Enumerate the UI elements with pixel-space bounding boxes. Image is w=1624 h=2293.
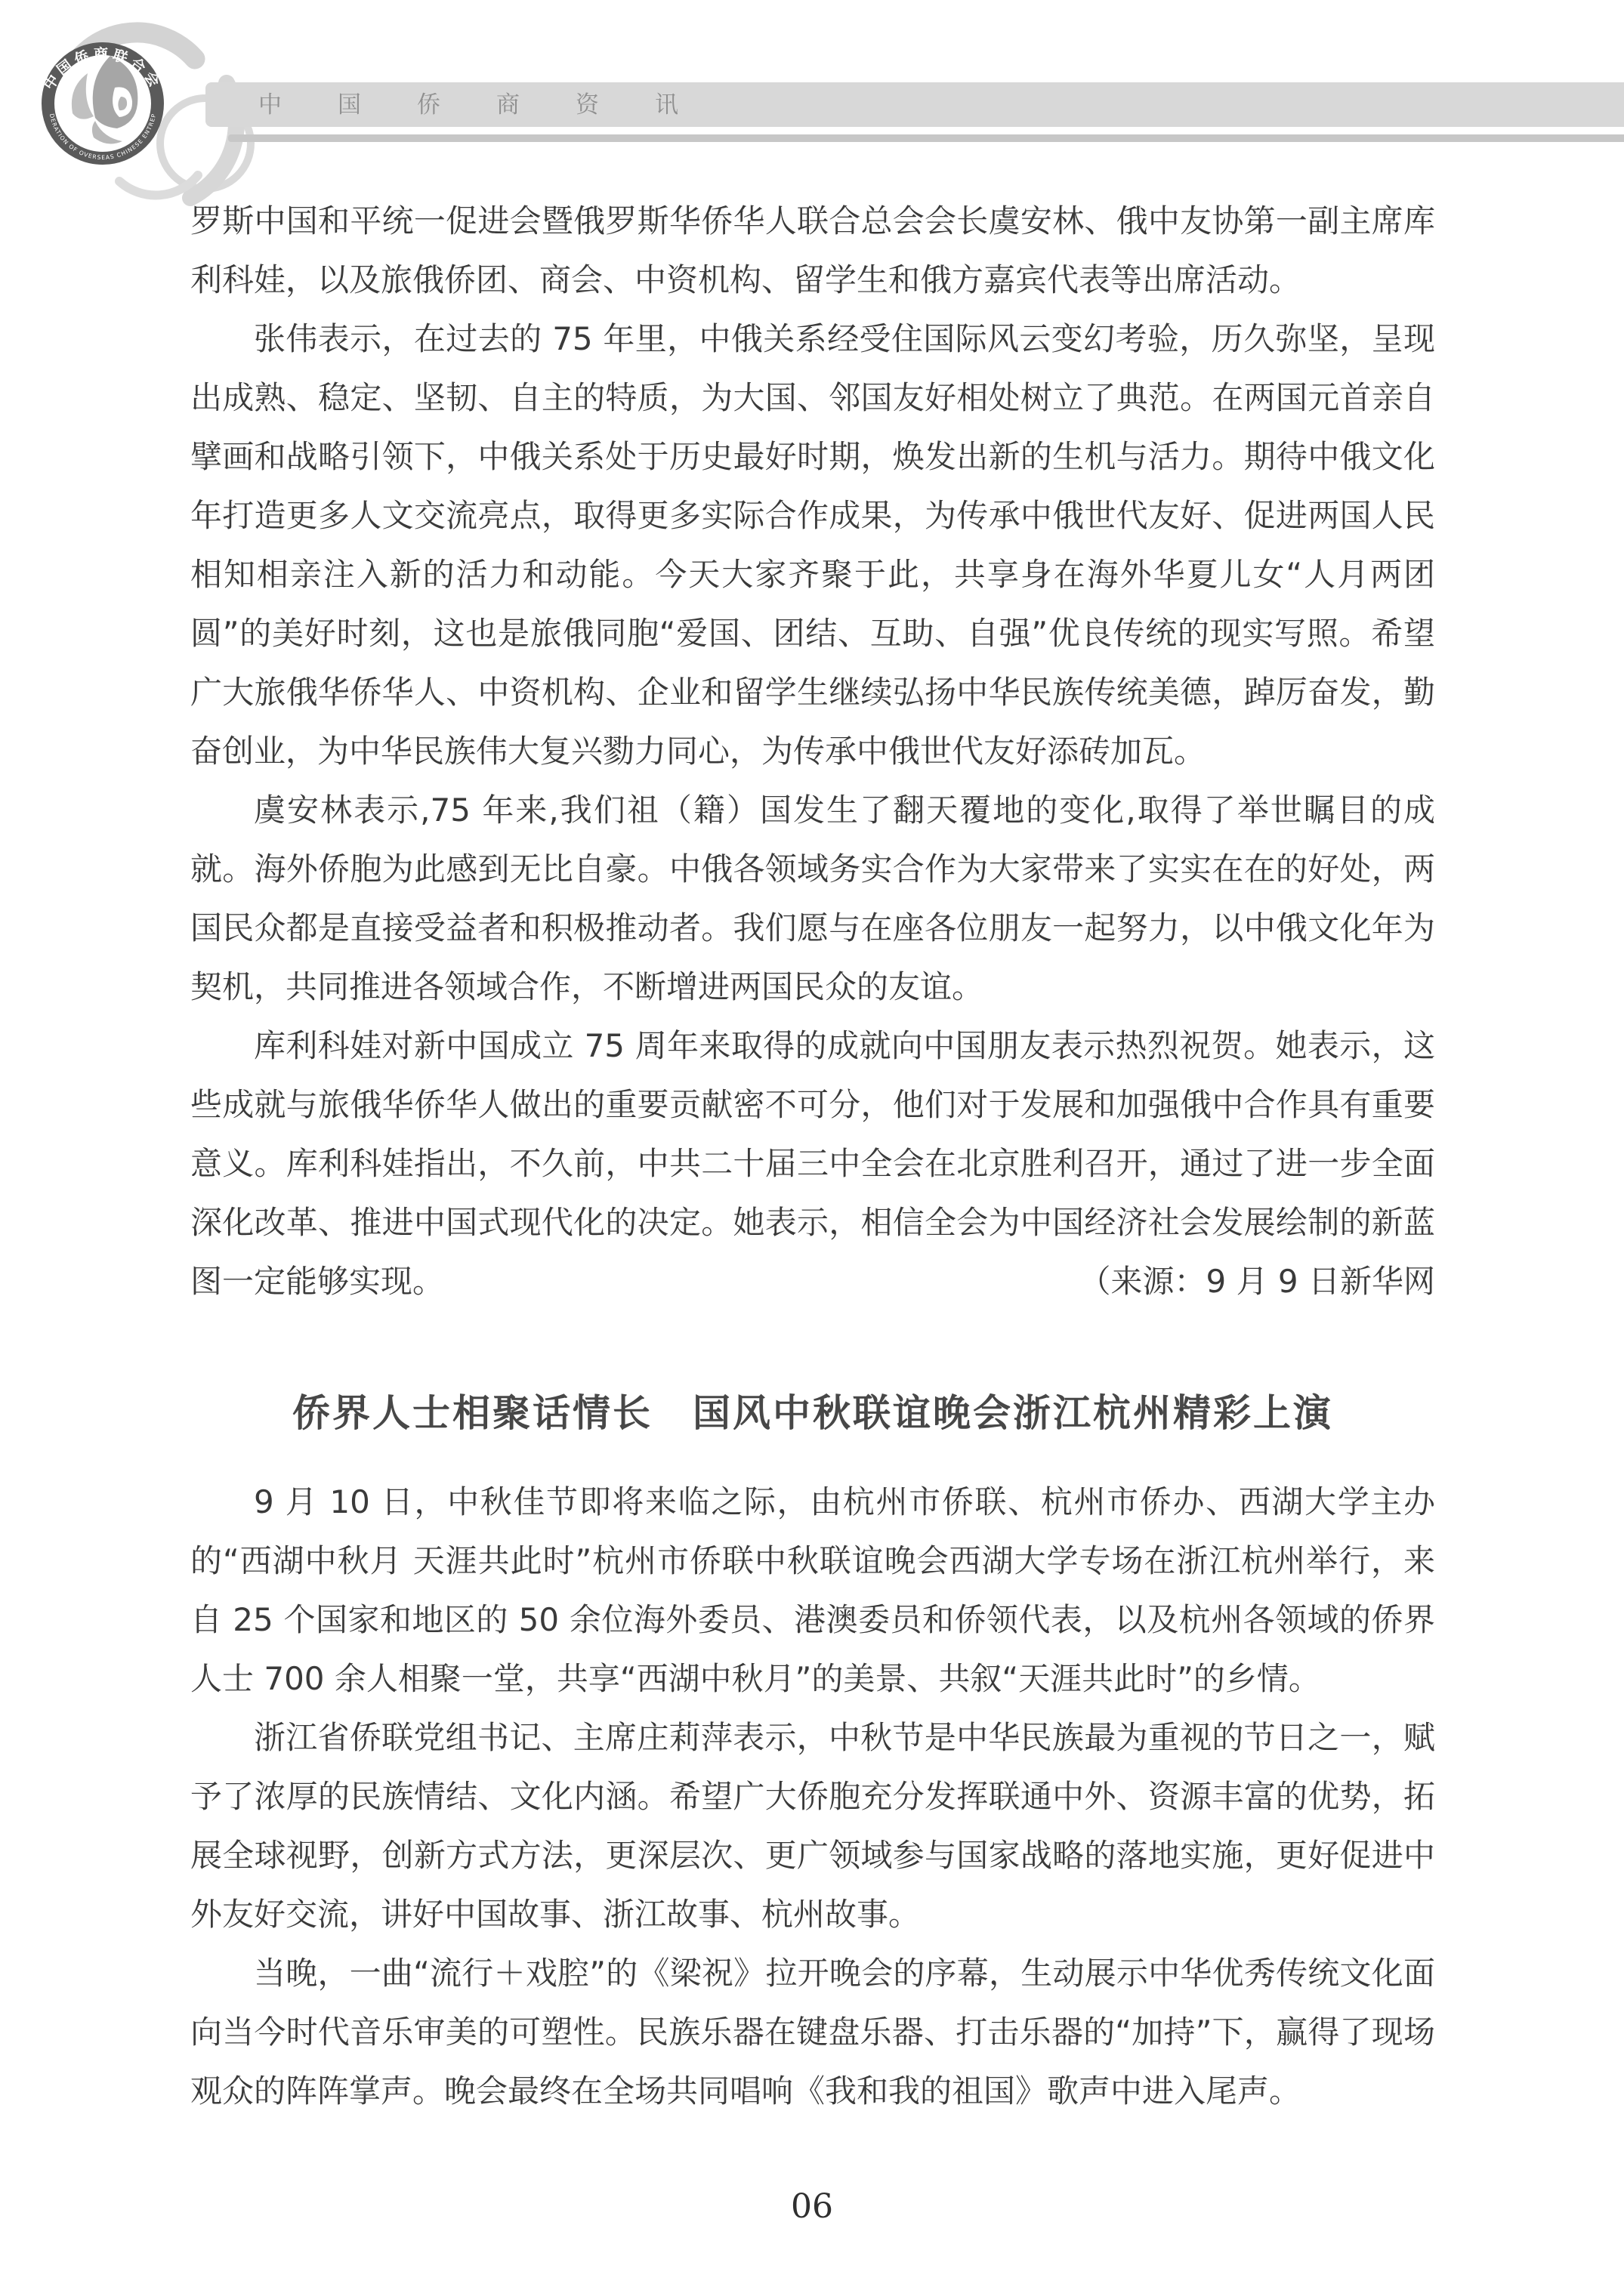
federation-logo: 中国侨商联合会 CHINA FEDERATION OF OVERSEAS CHI… <box>0 0 302 234</box>
page-number: 06 <box>0 2187 1624 2226</box>
page-content: 罗斯中国和平统一促进会暨俄罗斯华侨华人联合总会会长虞安林、俄中友协第一副主席库利… <box>190 192 1435 2121</box>
paragraph-with-source: 库利科娃对新中国成立 75 周年来取得的成就向中国朋友表示热烈祝贺。她表示，这些… <box>190 1017 1435 1311</box>
magazine-page: 中国侨商资讯 中国侨商联合会 CHINA FEDERATION OF OVERS… <box>0 0 1624 2293</box>
masthead-underline <box>228 134 1624 142</box>
source-attribution: （来源：9 月 9 日新华网 <box>1079 1252 1436 1311</box>
article-russia-report: 罗斯中国和平统一促进会暨俄罗斯华侨华人联合总会会长虞安林、俄中友协第一副主席库利… <box>190 192 1435 1311</box>
article-hangzhou-gala: 侨界人士相聚话情长 国风中秋联谊晚会浙江杭州精彩上演 9 月 10 日，中秋佳节… <box>190 1384 1435 2121</box>
paragraph: 罗斯中国和平统一促进会暨俄罗斯华侨华人联合总会会长虞安林、俄中友协第一副主席库利… <box>190 192 1435 310</box>
article-title: 侨界人士相聚话情长 国风中秋联谊晚会浙江杭州精彩上演 <box>190 1384 1435 1443</box>
paragraph: 9 月 10 日，中秋佳节即将来临之际，由杭州市侨联、杭州市侨办、西湖大学主办的… <box>190 1473 1435 1708</box>
masthead-title: 中国侨商资讯 <box>258 82 734 127</box>
paragraph: 当晚，一曲“流行＋戏腔”的《梁祝》拉开晚会的序幕，生动展示中华优秀传统文化面向当… <box>190 1944 1435 2121</box>
paragraph: 张伟表示，在过去的 75 年里，中俄关系经受住国际风云变幻考验，历久弥坚，呈现出… <box>190 310 1435 781</box>
paragraph: 虞安林表示,75 年来,我们祖（籍）国发生了翻天覆地的变化,取得了举世瞩目的成就… <box>190 781 1435 1017</box>
masthead-banner: 中国侨商资讯 <box>205 82 1624 127</box>
paragraph: 浙江省侨联党组书记、主席庄莉萍表示，中秋节是中华民族最为重视的节日之一，赋予了浓… <box>190 1708 1435 1944</box>
